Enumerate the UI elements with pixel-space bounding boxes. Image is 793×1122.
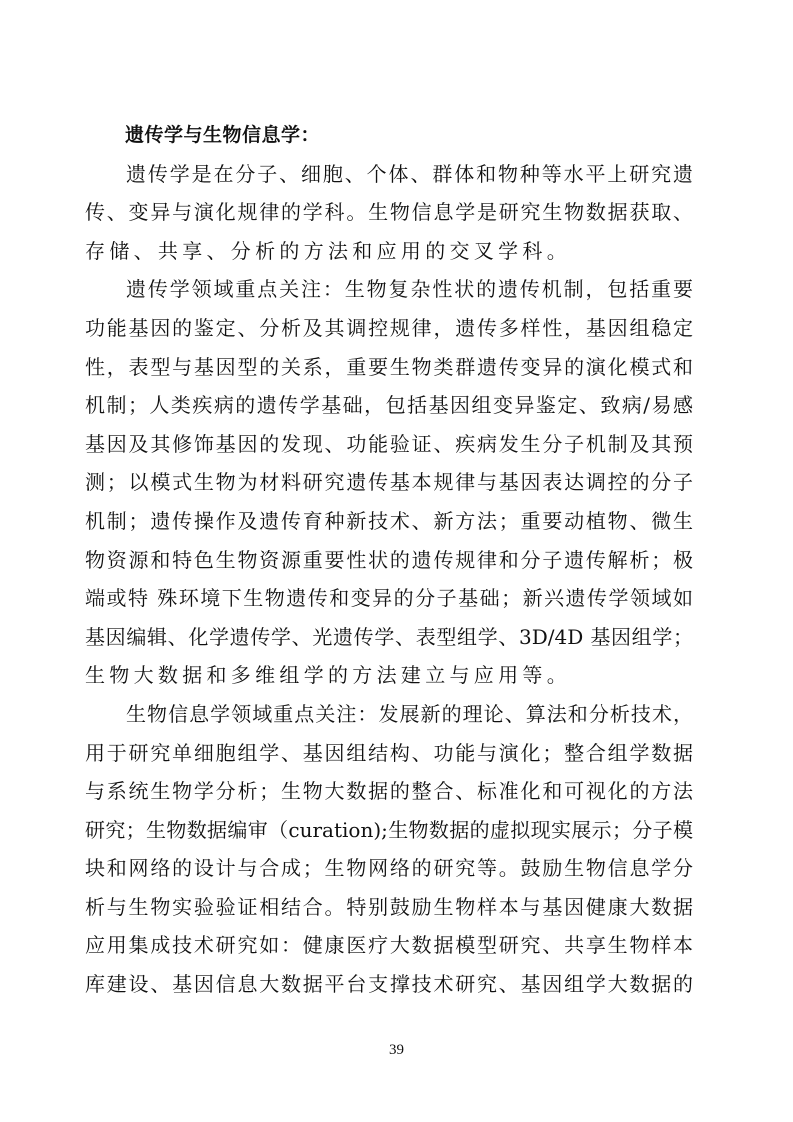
text-line: 应用集成技术研究如：健康医疗大数据模型研究、共享生物样本	[85, 926, 693, 965]
text-line: 用于研究单细胞组学、基因组结构、功能与演化；整合组学数据	[85, 734, 693, 773]
text-line: 端或特 殊环境下生物遗传和变异的分子基础；新兴遗传学领域如	[85, 579, 693, 618]
paragraph-definition: 遗传学是在分子、细胞、个体、群体和物种等水平上研究遗 传、变异与演化规律的学科。…	[85, 155, 693, 271]
text-line: 功能基因的鉴定、分析及其调控规律，遗传多样性，基因组稳定	[85, 309, 693, 348]
text-line: 物资源和特色生物资源重要性状的遗传规律和分子遗传解析；极	[85, 541, 693, 580]
text-line: 生物大数据和多维组学的方法建立与应用等。	[85, 656, 693, 695]
text-line: 传、变异与演化规律的学科。生物信息学是研究生物数据获取、	[85, 193, 693, 232]
text-line: 测；以模式生物为材料研究遗传基本规律与基因表达调控的分子	[85, 463, 693, 502]
text-line: 析与生物实验验证相结合。特别鼓励生物样本与基因健康大数据	[85, 888, 693, 927]
text-line: 库建设、基因信息大数据平台支撑技术研究、基因组学大数据的	[85, 965, 693, 1004]
text-line: 遗传学领域重点关注：生物复杂性状的遗传机制，包括重要	[85, 270, 693, 309]
text-line: 与系统生物学分析；生物大数据的整合、标准化和可视化的方法	[85, 772, 693, 811]
paragraph-bioinformatics-focus: 生物信息学领域重点关注：发展新的理论、算法和分析技术， 用于研究单细胞组学、基因…	[85, 695, 693, 1004]
text-line: 机制；人类疾病的遗传学基础，包括基因组变异鉴定、致病/易感	[85, 386, 693, 425]
paragraph-genetics-focus: 遗传学领域重点关注：生物复杂性状的遗传机制，包括重要 功能基因的鉴定、分析及其调…	[85, 270, 693, 695]
text-line: 性，表型与基因型的关系，重要生物类群遗传变异的演化模式和	[85, 348, 693, 387]
document-page: 遗传学与生物信息学： 遗传学是在分子、细胞、个体、群体和物种等水平上研究遗 传、…	[85, 116, 693, 1004]
text-line: 生物信息学领域重点关注：发展新的理论、算法和分析技术，	[85, 695, 693, 734]
text-line: 遗传学是在分子、细胞、个体、群体和物种等水平上研究遗	[85, 155, 693, 194]
section-heading: 遗传学与生物信息学：	[85, 116, 693, 155]
text-line: 基因编辑、化学遗传学、光遗传学、表型组学、3D/4D 基因组学；	[85, 618, 693, 657]
page-number: 39	[0, 1042, 793, 1059]
text-line: 存储、共享、分析的方法和应用的交叉学科。	[85, 232, 693, 271]
text-line: 研究；生物数据编审（curation);生物数据的虚拟现实展示；分子模	[85, 811, 693, 850]
text-line: 块和网络的设计与合成；生物网络的研究等。鼓励生物信息学分	[85, 849, 693, 888]
text-line: 机制；遗传操作及遗传育种新技术、新方法；重要动植物、微生	[85, 502, 693, 541]
text-line: 基因及其修饰基因的发现、功能验证、疾病发生分子机制及其预	[85, 425, 693, 464]
